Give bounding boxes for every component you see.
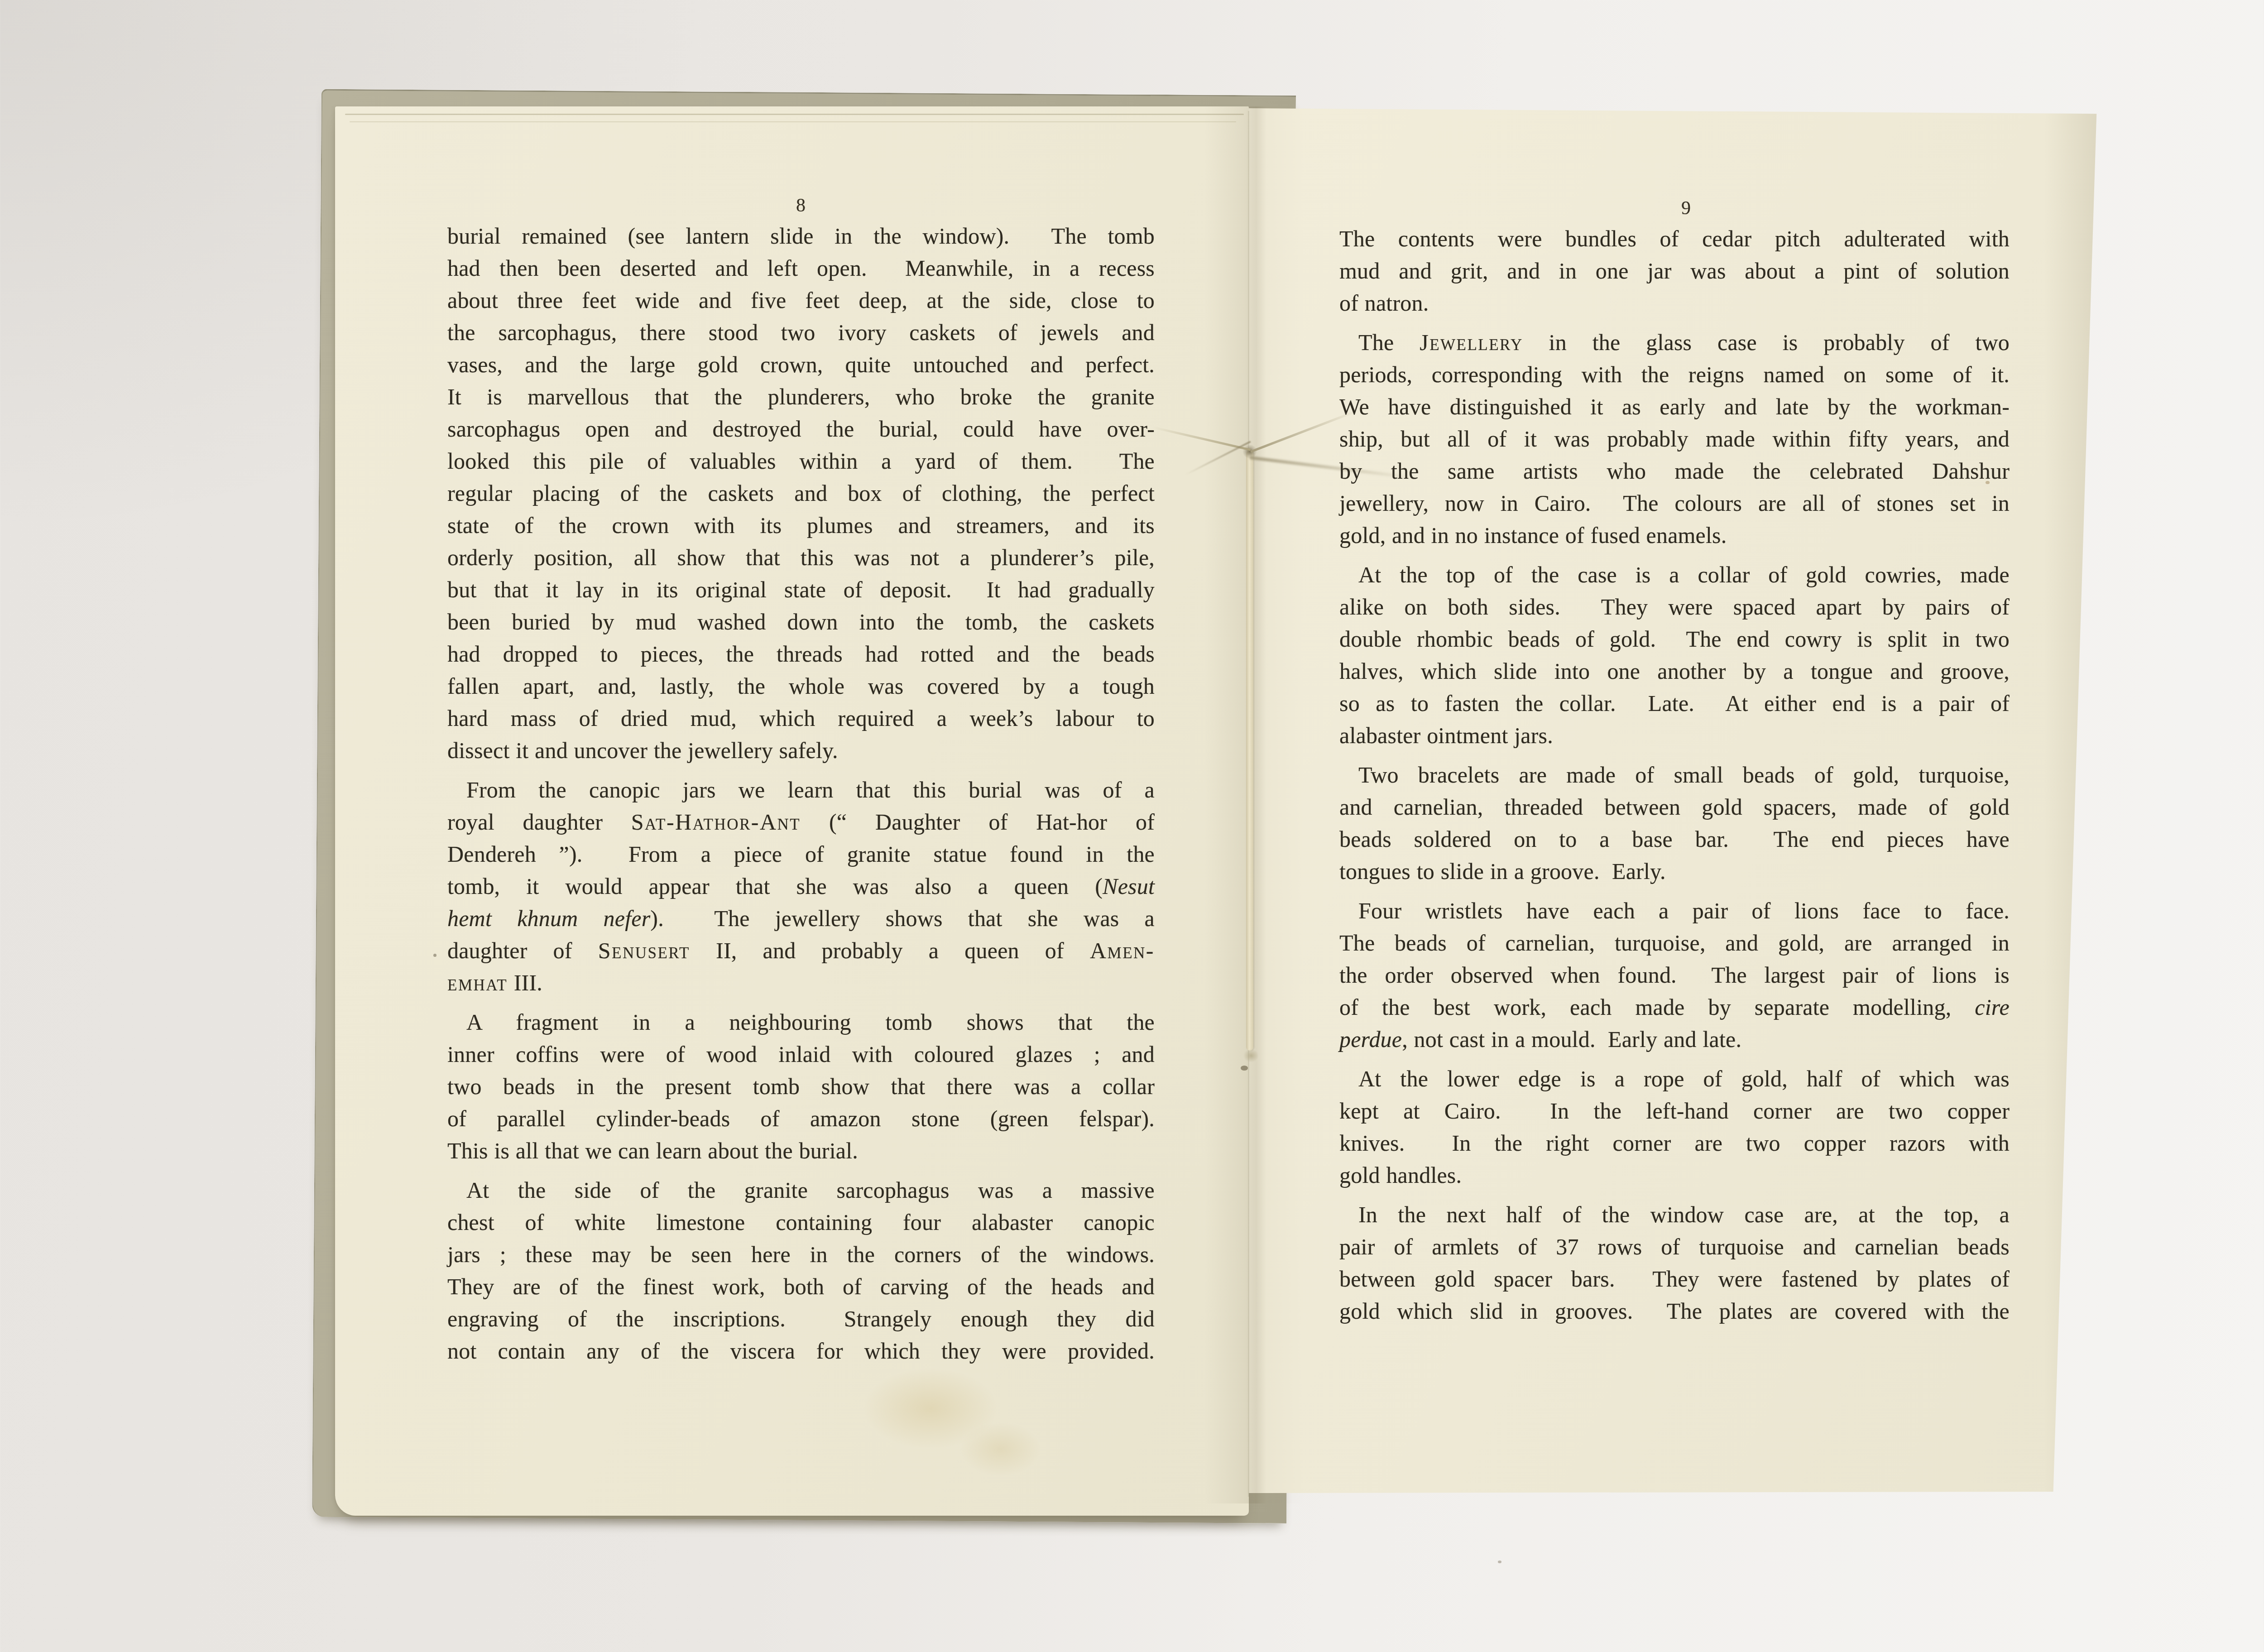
- italic-text: cire: [1975, 994, 2010, 1020]
- leaf-edge-line: [350, 121, 1236, 122]
- text-line: regular placing of the caskets and box o…: [447, 477, 1155, 509]
- text-line: halves, which slide into one another by …: [1339, 655, 2010, 687]
- text-line: The contents were bundles of cedar pitch…: [1339, 223, 2010, 255]
- text-line: the order observed when found. The large…: [1339, 959, 2010, 991]
- paragraph: At the top of the case is a collar of go…: [1339, 559, 2010, 752]
- text-line: the sarcophagus, there stood two ivory c…: [447, 317, 1155, 349]
- text-line: gold which slid in grooves. The plates a…: [1339, 1295, 2010, 1327]
- text-line: daughter of Senusert II, and probably a …: [447, 935, 1155, 967]
- text-line: The beads of carnelian, turquoise, and g…: [1339, 927, 2010, 959]
- text-line: sarcophagus open and destroyed the buria…: [447, 413, 1155, 445]
- text-line: of parallel cylinder-beads of amazon sto…: [447, 1103, 1155, 1135]
- text-line: tomb, it would appear that she was also …: [447, 870, 1155, 903]
- paragraph: In the next half of the window case are,…: [1339, 1199, 2010, 1327]
- text-line: been buried by mud washed down into the …: [447, 606, 1155, 638]
- paragraph: Four wristlets have each a pair of lions…: [1339, 895, 2010, 1056]
- gutter-shadow: [1204, 106, 1304, 1503]
- page-8-text: burial remained (see lantern slide in th…: [447, 220, 1155, 1367]
- text-line: gold, and in no instance of fused enamel…: [1339, 519, 2010, 552]
- text-line: by the same artists who made the celebra…: [1339, 455, 2010, 487]
- text-line: hemt khnum nefer). The jewellery shows t…: [447, 903, 1155, 935]
- text-line: Two bracelets are made of small beads of…: [1339, 759, 2010, 791]
- paragraph: The Jewellery in the glass case is proba…: [1339, 327, 2010, 552]
- text-line: Four wristlets have each a pair of lions…: [1339, 895, 2010, 927]
- text-line: emhat III.: [447, 967, 1155, 999]
- text-line: had then been deserted and left open. Me…: [447, 252, 1155, 284]
- text-line: vases, and the large gold crown, quite u…: [447, 349, 1155, 381]
- small-caps-text: Sat-Hathor-Ant: [631, 809, 801, 835]
- text-line: gold handles.: [1339, 1159, 2010, 1191]
- text-line: We have distinguished it as early and la…: [1339, 391, 2010, 423]
- text-line: jars ; these may be seen here in the cor…: [447, 1239, 1155, 1271]
- italic-text: hemt khnum nefer: [447, 906, 650, 931]
- page-9-column: 9 The contents were bundles of cedar pit…: [1339, 197, 2010, 1335]
- text-line: tongues to slide in a groove. Early.: [1339, 855, 2010, 888]
- paragraph: At the lower edge is a rope of gold, hal…: [1339, 1063, 2010, 1191]
- text-line: royal daughter Sat-Hathor-Ant (“ Daughte…: [447, 806, 1155, 838]
- paragraph: burial remained (see lantern slide in th…: [447, 220, 1155, 767]
- text-line: knives. In the right corner are two copp…: [1339, 1127, 2010, 1159]
- text-line: engraving of the inscriptions. Strangely…: [447, 1303, 1155, 1335]
- page-number-9: 9: [1351, 197, 2021, 219]
- text-line: perdue, not cast in a mould. Early and l…: [1339, 1023, 2010, 1056]
- paragraph: Two bracelets are made of small beads of…: [1339, 759, 2010, 888]
- text-line: about three feet wide and five feet deep…: [447, 284, 1155, 317]
- text-line: so as to fasten the collar. Late. At eit…: [1339, 687, 2010, 720]
- text-line: two beads in the present tomb show that …: [447, 1071, 1155, 1103]
- paragraph: At the side of the granite sarcophagus w…: [447, 1174, 1155, 1367]
- page-9-text: The contents were bundles of cedar pitch…: [1339, 223, 2010, 1327]
- text-line: At the lower edge is a rope of gold, hal…: [1339, 1063, 2010, 1095]
- paper-speck: [1986, 481, 1990, 484]
- text-line: At the top of the case is a collar of go…: [1339, 559, 2010, 591]
- text-line: but that it lay in its original state of…: [447, 574, 1155, 606]
- small-caps-text: Senusert: [598, 938, 690, 963]
- text-line: pair of armlets of 37 rows of turquoise …: [1339, 1231, 2010, 1263]
- leaf-edge-line: [345, 114, 1244, 115]
- text-line: of the best work, each made by separate …: [1339, 991, 2010, 1023]
- text-line: between gold spacer bars. They were fast…: [1339, 1263, 2010, 1295]
- text-line: not contain any of the viscera for which…: [447, 1335, 1155, 1367]
- text-line: They are of the finest work, both of car…: [447, 1271, 1155, 1303]
- text-line: A fragment in a neighbouring tomb shows …: [447, 1006, 1155, 1038]
- text-line: beads soldered on to a base bar. The end…: [1339, 823, 2010, 855]
- paper-speck: [433, 954, 436, 957]
- text-line: dissect it and uncover the jewellery saf…: [447, 735, 1155, 767]
- text-line: Dendereh ”). From a piece of granite sta…: [447, 838, 1155, 870]
- text-line: jewellery, now in Cairo. The colours are…: [1339, 487, 2010, 519]
- text-line: alabaster ointment jars.: [1339, 720, 2010, 752]
- text-line: burial remained (see lantern slide in th…: [447, 220, 1155, 252]
- text-line: The Jewellery in the glass case is proba…: [1339, 327, 2010, 359]
- text-line: looked this pile of valuables within a y…: [447, 445, 1155, 477]
- paper-speck: [1125, 466, 1127, 469]
- page-right-edge-shading: [2044, 108, 2098, 1493]
- small-caps-text: Amen-: [1090, 938, 1155, 963]
- text-line: It is marvellous that the plunderers, wh…: [447, 381, 1155, 413]
- paper-stain: [960, 1422, 1041, 1476]
- thread-end-dot: [1241, 1066, 1248, 1071]
- text-line: chest of white limestone containing four…: [447, 1206, 1155, 1239]
- text-line: kept at Cairo. In the left-hand corner a…: [1339, 1095, 2010, 1127]
- text-line: ship, but all of it was probably made wi…: [1339, 423, 2010, 455]
- scanned-booklet-photo: { "colors": { "background_left": "#e7e4e…: [0, 0, 2264, 1652]
- text-line: mud and grit, and in one jar was about a…: [1339, 255, 2010, 287]
- italic-text: Nesut: [1103, 874, 1155, 899]
- text-line: periods, corresponding with the reigns n…: [1339, 359, 2010, 391]
- small-caps-text: Jewellery: [1420, 330, 1523, 355]
- text-line: This is all that we can learn about the …: [447, 1135, 1155, 1167]
- text-line: In the next half of the window case are,…: [1339, 1199, 2010, 1231]
- text-line: fallen apart, and, lastly, the whole was…: [447, 670, 1155, 702]
- paragraph: A fragment in a neighbouring tomb shows …: [447, 1006, 1155, 1167]
- text-line: had dropped to pieces, the threads had r…: [447, 638, 1155, 670]
- paragraph: From the canopic jars we learn that this…: [447, 774, 1155, 999]
- paragraph: The contents were bundles of cedar pitch…: [1339, 223, 2010, 319]
- page-8-column: 8 burial remained (see lantern slide in …: [447, 195, 1155, 1374]
- text-line: and carnelian, threaded between gold spa…: [1339, 791, 2010, 823]
- italic-text: perdue: [1339, 1027, 1402, 1052]
- text-line: At the side of the granite sarcophagus w…: [447, 1174, 1155, 1206]
- thread-fray: [1243, 1049, 1259, 1062]
- text-line: double rhombic beads of gold. The end co…: [1339, 623, 2010, 655]
- binding-thread: [1246, 451, 1253, 1051]
- text-line: hard mass of dried mud, which required a…: [447, 702, 1155, 735]
- page-number-8: 8: [447, 195, 1155, 216]
- text-line: orderly position, all show that this was…: [447, 542, 1155, 574]
- text-line: inner coffins were of wood inlaid with c…: [447, 1038, 1155, 1071]
- text-line: of natron.: [1339, 287, 2010, 319]
- paper-speck: [1498, 1561, 1501, 1563]
- text-line: alike on both sides. They were spaced ap…: [1339, 591, 2010, 623]
- text-line: state of the crown with its plumes and s…: [447, 509, 1155, 542]
- text-line: From the canopic jars we learn that this…: [447, 774, 1155, 806]
- small-caps-text: emhat: [447, 970, 508, 995]
